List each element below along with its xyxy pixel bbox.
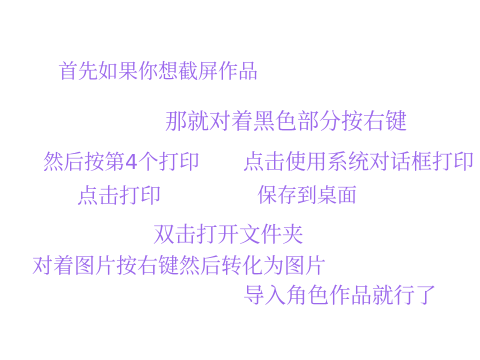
tutorial-stage: 首先如果你想截屏作品 那就对着黑色部分按右键 然后按第4个打印 点击使用系统对话… bbox=[0, 0, 480, 360]
instruction-step-2: 那就对着黑色部分按右键 bbox=[165, 112, 407, 134]
instruction-step-3-right: 点击使用系统对话框打印 bbox=[243, 152, 474, 173]
instruction-step-5: 双击打开文件夹 bbox=[153, 225, 304, 247]
instruction-step-4-left: 点击打印 bbox=[77, 186, 161, 207]
instruction-step-3-left: 然后按第4个打印 bbox=[43, 152, 200, 173]
instruction-step-7: 导入角色作品就行了 bbox=[243, 286, 437, 308]
instruction-step-6: 对着图片按右键然后转化为图片 bbox=[32, 256, 326, 277]
instruction-step-1: 首先如果你想截屏作品 bbox=[58, 61, 258, 81]
instruction-step-4-right: 保存到桌面 bbox=[257, 185, 357, 205]
